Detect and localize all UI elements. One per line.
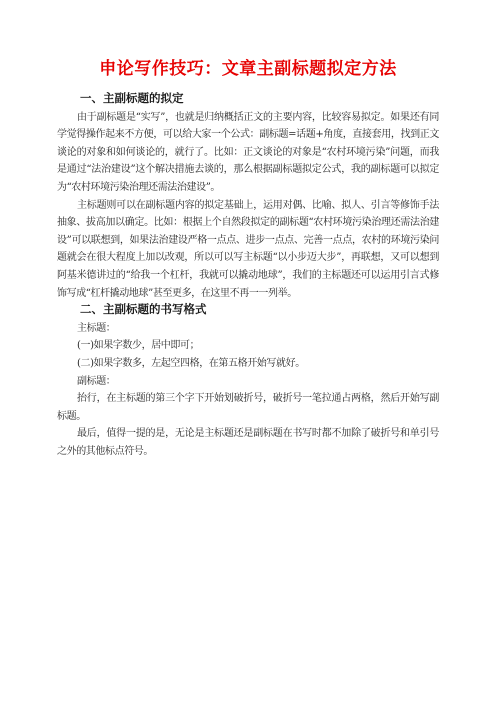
paragraph: (一)如果字数少，居中即可； — [57, 337, 439, 355]
paragraph: 主标题： — [57, 320, 439, 338]
section-heading: 一、主副标题的拟定 — [57, 91, 439, 109]
document-page: 申论写作技巧：文章主副标题拟定方法 一、主副标题的拟定 由于副标题是“实写”，也… — [0, 0, 496, 702]
paragraph: 由于副标题是“实写”，也就是归纳概括正文的主要内容，比较容易拟定。如果还有同学觉… — [57, 109, 439, 197]
paragraph: 副标题： — [57, 373, 439, 391]
section-heading: 二、主副标题的书写格式 — [57, 302, 439, 320]
document-content: 申论写作技巧：文章主副标题拟定方法 一、主副标题的拟定 由于副标题是“实写”，也… — [0, 0, 496, 460]
paragraph: (二)如果字数多，左起空四格，在第五格开始写就好。 — [57, 355, 439, 373]
paragraph: 最后，值得一提的是，无论是主标题还是副标题在书写时都不加除了破折号和单引号之外的… — [57, 425, 439, 460]
section-writing-format: 二、主副标题的书写格式 主标题： (一)如果字数少，居中即可； (二)如果字数多… — [57, 302, 439, 460]
page-title: 申论写作技巧：文章主副标题拟定方法 — [57, 56, 439, 82]
section-title-drafting: 一、主副标题的拟定 由于副标题是“实写”，也就是归纳概括正文的主要内容，比较容易… — [57, 91, 439, 302]
paragraph: 主标题则可以在副标题内容的拟定基础上，运用对偶、比喻、拟人、引言等修饰手法抽象、… — [57, 197, 439, 303]
paragraph: 抬行，在主标题的第三个字下开始划破折号，破折号一笔拉通占两格，然后开始写副标题。 — [57, 390, 439, 425]
